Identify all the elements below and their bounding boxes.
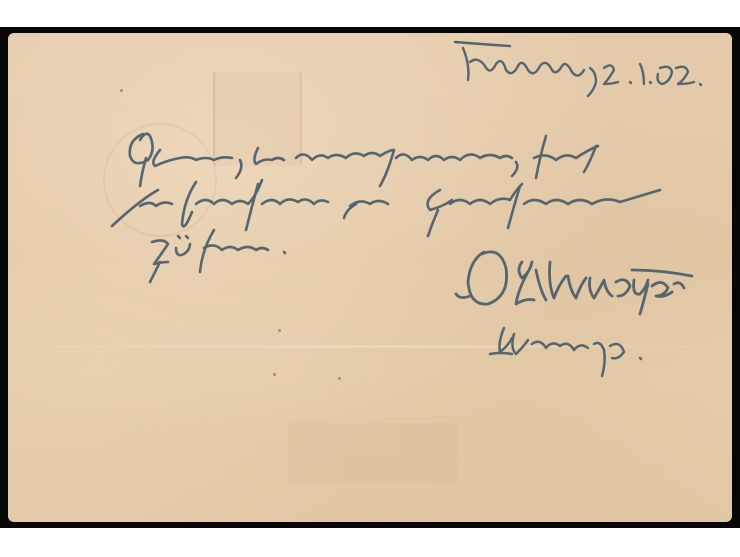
signature-title-ink: [490, 328, 641, 376]
body-line-2-ink: [112, 180, 660, 236]
place-date-ink: [455, 42, 701, 96]
handwriting-layer: [0, 0, 740, 557]
body-line-3-ink: [150, 230, 285, 282]
body-line-1-ink: [130, 134, 598, 186]
signature-ink: [456, 252, 692, 314]
